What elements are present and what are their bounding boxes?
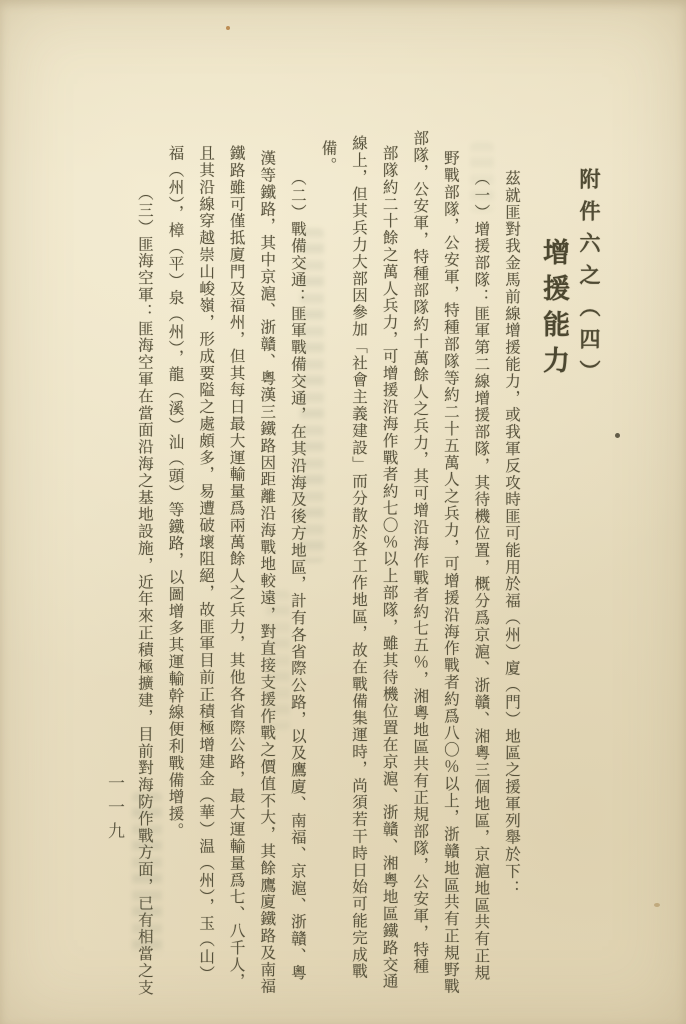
body-text: 茲就匪對我金馬前線增援能力，或我軍反攻時匪可能用於福（州）廈（門）地區之援軍列舉… — [128, 130, 526, 1015]
body-column-10: 鐵路雖可僅抵廈門及福州，但其每日最大運輸量爲兩萬餘人之兵力，其他各省際公路，最大… — [220, 130, 251, 1015]
scanned-document-page: 附件六之（四） 增援能力 茲就匪對我金馬前線增援能力，或我軍反攻時匪可能用於福（… — [0, 0, 686, 1024]
ink-dot — [615, 433, 620, 438]
paper-speck — [654, 903, 660, 907]
bleed-through-smudge — [266, 590, 290, 730]
page-title: 增援能力 — [535, 238, 574, 382]
bleed-through-smudge — [300, 228, 324, 563]
bleed-through-smudge — [470, 142, 494, 212]
body-column-2: （一）增援部隊：匪軍第二線增援部隊，其待機位置，概分爲京滬、浙贛、湘粵三個地區，… — [465, 130, 496, 1015]
page-number: 一一九 — [102, 774, 127, 846]
body-column-3: 野戰部隊，公安軍，特種部隊等約二十五萬人之兵力，可增援沿海作戰者約爲八〇％以上，… — [434, 130, 465, 1015]
body-column-11: 且其沿線穿越崇山峻嶺，形成要隘之處頗多，易遭破壞阻絕，故匪軍目前正積極增建金（華… — [189, 130, 220, 1015]
paper-speck — [226, 26, 230, 30]
body-column-6: 線上，但其兵力大部因參加「社會主義建設」而分散於各工作地區，故在戰備集運時，尚須… — [342, 130, 373, 1015]
body-column-12: 福（州），樟（平）泉（州），龍（溪）汕（頭）等鐵路，以圖增多其運輸幹線便利戰備增… — [159, 130, 190, 1015]
body-column-1: 茲就匪對我金馬前線增援能力，或我軍反攻時匪可能用於福（州）廈（門）地區之援軍列舉… — [495, 130, 526, 1015]
body-column-5: 部隊約二十餘之萬人兵力，可增援沿海作戰者約七〇％以上部隊，雖其待機位置在京滬、浙… — [373, 130, 404, 1015]
body-column-4: 部隊，公安軍，特種部隊約十萬餘人之兵力，其可增沿海作戰者約七五％，湘粵地區共有正… — [404, 130, 435, 1015]
bleed-through-smudge — [132, 792, 162, 957]
attachment-label: 附件六之（四） — [574, 168, 604, 392]
body-column-9: 漢等鐵路，其中京滬、浙贛、粵漢三鐵路因距離沿海戰地較遠，對直接支援作戰之價值不大… — [251, 130, 282, 1015]
